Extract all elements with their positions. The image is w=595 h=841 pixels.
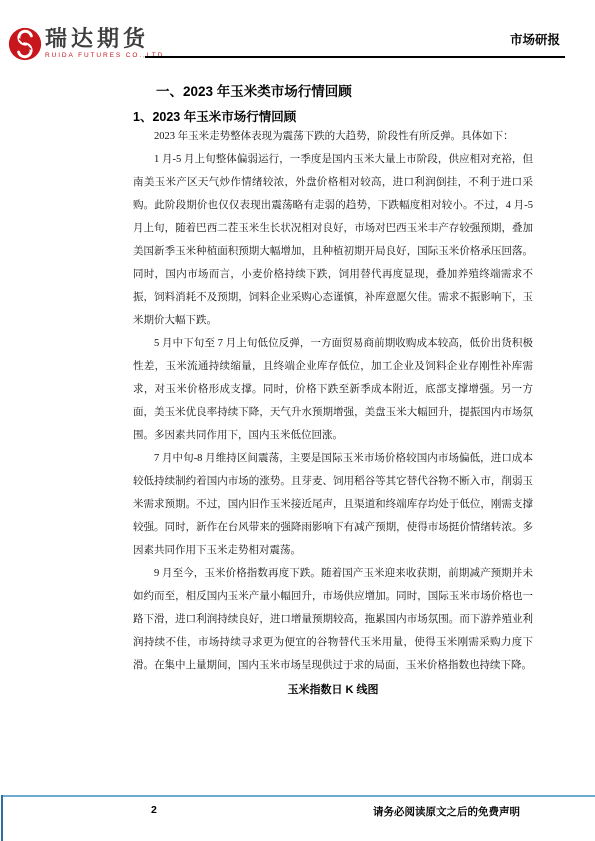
subsection-title: 1、2023 年玉米市场行情回顾 (133, 107, 296, 125)
ruida-logo-icon (8, 27, 42, 61)
footer-left-bar (1, 795, 3, 841)
company-logo: 瑞达期货 RUIDA FUTURES CO.,LTD. (8, 27, 168, 61)
page-number: 2 (151, 804, 157, 816)
body-paragraph: 2023 年玉米走势整体表现为震荡下跌的大趋势，阶段性有所反弹。具体如下： (133, 125, 533, 148)
document-body: 2023 年玉米走势整体表现为震荡下跌的大趋势，阶段性有所反弹。具体如下： 1 … (133, 125, 533, 697)
header-divider (145, 56, 565, 58)
report-type-label: 市场研报 (510, 30, 560, 48)
section-title: 一、2023 年玉米类市场行情回顾 (156, 80, 352, 100)
figure-caption: 玉米指数日 K 线图 (133, 681, 533, 697)
footer-disclaimer: 请务必阅读原文之后的免费声明 (373, 804, 520, 819)
body-paragraph: 9 月至今，玉米价格指数再度下跌。随着国产玉米迎来收获期，前期减产预期并未如约而… (133, 562, 533, 677)
footer-divider (2, 795, 595, 797)
body-paragraph: 7 月中旬-8 月维持区间震荡，主要是国际玉米市场价格较国内市场偏低，进口成本较… (133, 447, 533, 562)
page-header: 瑞达期货 RUIDA FUTURES CO.,LTD. 市场研报 (0, 0, 595, 70)
body-paragraph: 1 月-5 月上旬整体偏弱运行，一季度是国内玉米大量上市阶段，供应相对充裕，但南… (133, 148, 533, 332)
report-page: 瑞达期货 RUIDA FUTURES CO.,LTD. 市场研报 一、2023 … (0, 0, 595, 841)
company-name: 瑞达期货 (45, 27, 168, 51)
logo-text-block: 瑞达期货 RUIDA FUTURES CO.,LTD. (45, 27, 168, 59)
body-paragraph: 5 月中下旬至 7 月上旬低位反弹，一方面贸易商前期收购成本较高，低价出货积极性… (133, 332, 533, 447)
